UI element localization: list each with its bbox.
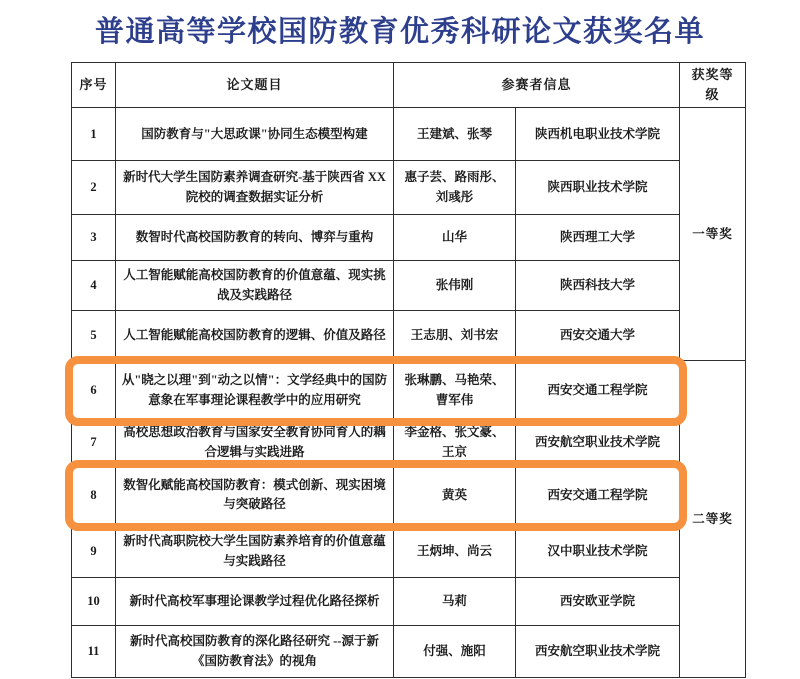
row-index: 5 (72, 311, 116, 361)
row-index: 9 (72, 526, 116, 578)
authors: 张伟刚 (394, 261, 516, 311)
table-row: 5人工智能赋能高校国防教育的逻辑、价值及路径王志朋、刘书宏西安交通大学 (72, 311, 746, 361)
table-row: 2新时代大学生国防素养调查研究-基于陕西省 XX 院校的调查数据实证分析惠子芸、… (72, 161, 746, 215)
institution: 陕西理工大学 (516, 215, 680, 261)
row-index: 3 (72, 215, 116, 261)
paper-title: 数智时代高校国防教育的转向、博弈与重构 (116, 215, 394, 261)
row-index: 10 (72, 578, 116, 626)
institution: 陕西机电职业技术学院 (516, 108, 680, 161)
paper-title: 数智化赋能高校国防教育：模式创新、现实困境与突破路径 (116, 465, 394, 526)
authors: 惠子芸、路雨彤、刘彧彤 (394, 161, 516, 215)
authors: 马莉 (394, 578, 516, 626)
institution: 陕西职业技术学院 (516, 161, 680, 215)
table-row: 1国防教育与"大思政课"协同生态模型构建王建斌、张琴陕西机电职业技术学院一等奖 (72, 108, 746, 161)
authors: 黄英 (394, 465, 516, 526)
paper-title: 高校思想政治教育与国家安全教育协同育人的耦合逻辑与实践进路 (116, 421, 394, 465)
institution: 西安欧亚学院 (516, 578, 680, 626)
table-row: 3数智时代高校国防教育的转向、博弈与重构山华陕西理工大学 (72, 215, 746, 261)
paper-title: 国防教育与"大思政课"协同生态模型构建 (116, 108, 394, 161)
awards-table: 序号 论文题目 参赛者信息 获奖等级 1国防教育与"大思政课"协同生态模型构建王… (71, 62, 746, 678)
award-level-cell: 二等奖 (680, 361, 746, 678)
institution: 西安交通大学 (516, 311, 680, 361)
row-index: 2 (72, 161, 116, 215)
paper-title: 人工智能赋能高校国防教育的价值意蕴、现实挑战及实践路径 (116, 261, 394, 311)
paper-title: 从"晓之以理"到"动之以情"：文学经典中的国防意象在军事理论课程教学中的应用研究 (116, 361, 394, 421)
paper-title: 新时代大学生国防素养调查研究-基于陕西省 XX 院校的调查数据实证分析 (116, 161, 394, 215)
institution: 西安交通工程学院 (516, 361, 680, 421)
table-row: 6从"晓之以理"到"动之以情"：文学经典中的国防意象在军事理论课程教学中的应用研… (72, 361, 746, 421)
institution: 西安航空职业技术学院 (516, 421, 680, 465)
authors: 王炳坤、尚云 (394, 526, 516, 578)
authors: 付强、施阳 (394, 626, 516, 678)
table-row: 11新时代高校国防教育的深化路径研究 --源于新《国防教育法》的视角付强、施阳西… (72, 626, 746, 678)
header-participants: 参赛者信息 (394, 63, 680, 108)
table-row: 8数智化赋能高校国防教育：模式创新、现实困境与突破路径黄英西安交通工程学院 (72, 465, 746, 526)
document-page: 普通高等学校国防教育优秀科研论文获奖名单 序号 论文题目 参赛者信息 获奖等级 … (0, 0, 800, 679)
institution: 西安航空职业技术学院 (516, 626, 680, 678)
award-level-cell: 一等奖 (680, 108, 746, 361)
page-title: 普通高等学校国防教育优秀科研论文获奖名单 (0, 9, 800, 50)
header-paper-title: 论文题目 (116, 63, 394, 108)
table-row: 4人工智能赋能高校国防教育的价值意蕴、现实挑战及实践路径张伟刚陕西科技大学 (72, 261, 746, 311)
paper-title: 新时代高职院校大学生国防素养培育的价值意蕴与实践路径 (116, 526, 394, 578)
table-header-row: 序号 论文题目 参赛者信息 获奖等级 (72, 63, 746, 108)
table-row: 7高校思想政治教育与国家安全教育协同育人的耦合逻辑与实践进路李金格、张文豪、王京… (72, 421, 746, 465)
awards-table-body: 序号 论文题目 参赛者信息 获奖等级 1国防教育与"大思政课"协同生态模型构建王… (72, 63, 746, 678)
institution: 陕西科技大学 (516, 261, 680, 311)
header-index: 序号 (72, 63, 116, 108)
authors: 李金格、张文豪、王京 (394, 421, 516, 465)
row-index: 7 (72, 421, 116, 465)
row-index: 6 (72, 361, 116, 421)
institution: 汉中职业技术学院 (516, 526, 680, 578)
row-index: 11 (72, 626, 116, 678)
authors: 王志朋、刘书宏 (394, 311, 516, 361)
table-row: 9新时代高职院校大学生国防素养培育的价值意蕴与实践路径王炳坤、尚云汉中职业技术学… (72, 526, 746, 578)
paper-title: 人工智能赋能高校国防教育的逻辑、价值及路径 (116, 311, 394, 361)
row-index: 4 (72, 261, 116, 311)
paper-title: 新时代高校军事理论课教学过程优化路径探析 (116, 578, 394, 626)
row-index: 1 (72, 108, 116, 161)
authors: 王建斌、张琴 (394, 108, 516, 161)
authors: 张琳鹏、马艳荣、曹军伟 (394, 361, 516, 421)
authors: 山华 (394, 215, 516, 261)
row-index: 8 (72, 465, 116, 526)
header-award-level: 获奖等级 (680, 63, 746, 108)
table-row: 10新时代高校军事理论课教学过程优化路径探析马莉西安欧亚学院 (72, 578, 746, 626)
institution: 西安交通工程学院 (516, 465, 680, 526)
paper-title: 新时代高校国防教育的深化路径研究 --源于新《国防教育法》的视角 (116, 626, 394, 678)
